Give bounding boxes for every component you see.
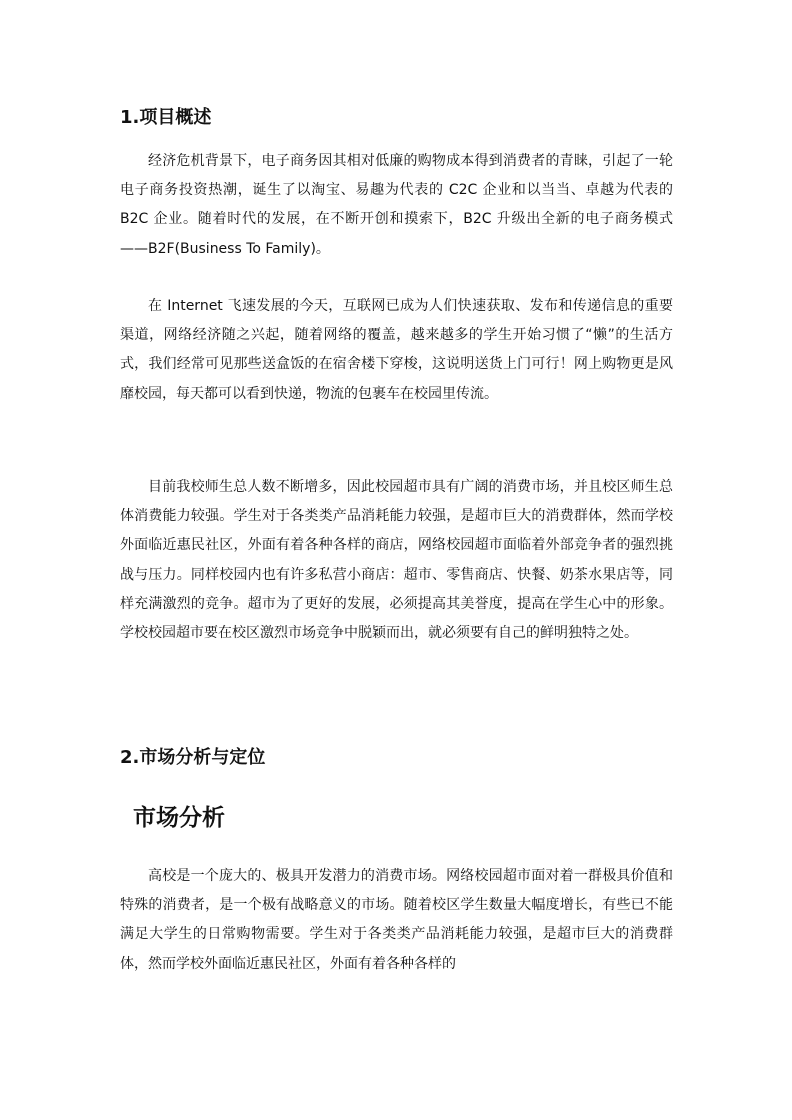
paragraph: 在 Internet 飞速发展的今天，互联网已成为人们快速获取、发布和传递信息的… bbox=[120, 292, 673, 409]
section-heading-market-analysis-positioning: 2.市场分析与定位 bbox=[120, 746, 265, 770]
paragraph: 经济危机背景下，电子商务因其相对低廉的购物成本得到消费者的青睐，引起了一轮电子商… bbox=[120, 147, 673, 264]
section-heading-project-overview: 1.项目概述 bbox=[120, 106, 211, 130]
subheading-market-analysis: 市场分析 bbox=[133, 803, 225, 833]
paragraph: 目前我校师生总人数不断增多，因此校园超市具有广阔的消费市场，并且校区师生总体消费… bbox=[120, 473, 673, 648]
paragraph: 高校是一个庞大的、极具开发潜力的消费市场。网络校园超市面对着一群极具价值和特殊的… bbox=[120, 862, 673, 979]
